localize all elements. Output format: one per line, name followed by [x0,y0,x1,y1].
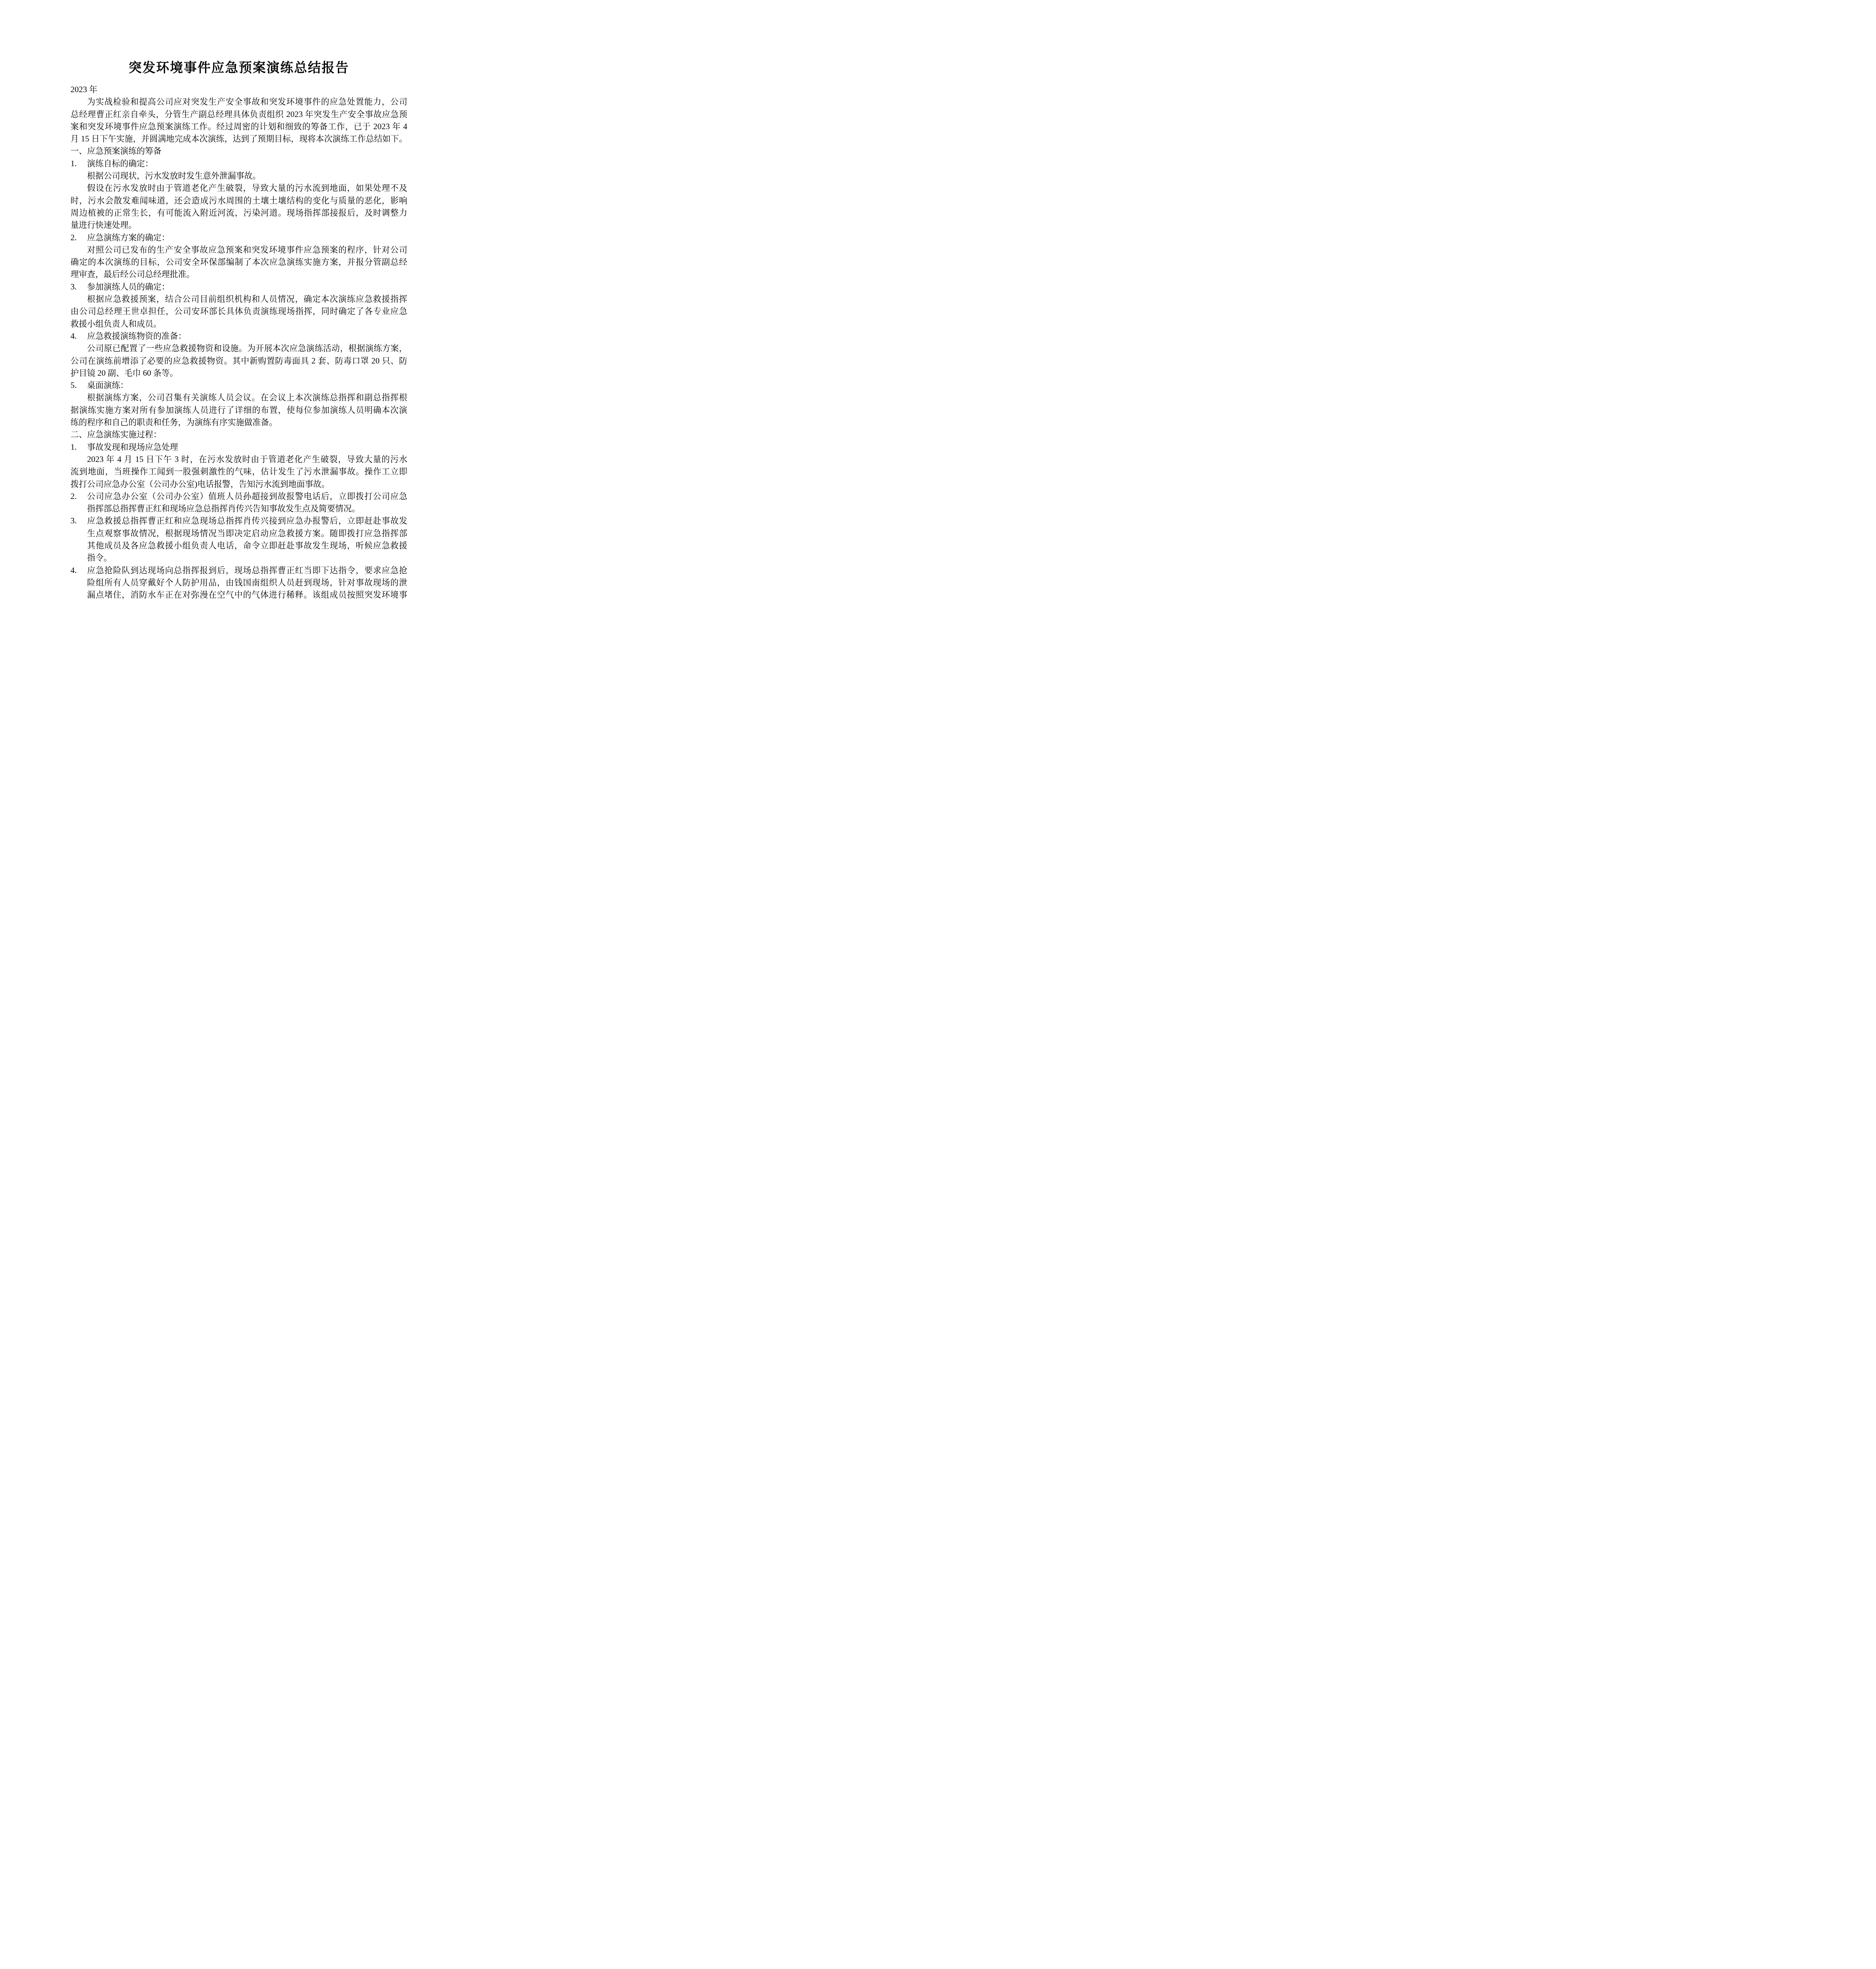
line-text: 量进行快速处理。 [71,220,137,230]
line-text: 应急救援总指挥曹正红和应急现场总指挥肖传兴接到应急办报警后，立即赶赴事故发 [87,516,407,525]
text-line: 确定的本次演练的目标，公司安全环保部编制了本次应急演练实施方案，并报分管副总经 [71,256,407,268]
line-text: 为实战检验和提高公司应对突发生产安全事故和突发环境事件的应急处置能力，公司 [87,97,407,106]
line-text: 根据公司现状，污水发放时发生意外泄漏事故。 [87,171,261,180]
line-text: 对照公司已发布的生产安全事故应急预案和突发环境事件应急预案的程序，针对公司 [87,245,407,254]
text-line: 根据演练方案，公司召集有关演练人员会议。在会议上本次演练总指挥和副总指挥根 [71,391,407,404]
line-text: 险组所有人员穿戴好个人防护用品，由钱国南组织人员赶到现场，针对事故现场的泄 [87,578,407,587]
line-text: 练的程序和自己的职责和任务，为演练有序实施做准备。 [71,417,277,427]
list-item-line: 5.桌面演练： [71,379,407,391]
line-text: 假设在污水发放时由于管道老化产生破裂，导致大量的污水流到地面，如果处理不及 [87,183,407,193]
line-text: 漏点堵住，消防水车正在对弥漫在空气中的气体进行稀释。该组成员按照突发环境事 [87,590,407,599]
text-line: 对照公司已发布的生产安全事故应急预案和突发环境事件应急预案的程序，针对公司 [71,244,407,256]
line-text: 应急演练方案的确定： [87,233,170,242]
line-text: 根据应急救援预案，结合公司目前组织机构和人员情况，确定本次演练应急救援指挥 [87,294,407,304]
line-text: 案和突发环境事件应急预案演练工作。经过周密的计划和细致的筹备工作，已于 2023… [71,122,407,131]
text-line: 练的程序和自己的职责和任务，为演练有序实施做准备。 [71,416,407,428]
list-marker: 1. [71,158,87,170]
text-line: 拨打公司应急办公室（公司办公室)电话报警，告知污水流到地面事故。 [71,478,407,490]
line-text: 指令。 [87,553,112,562]
list-marker: 2. [71,490,87,502]
list-marker: 4. [71,564,87,577]
text-line: 根据公司现状，污水发放时发生意外泄漏事故。 [71,170,407,182]
line-text: 应急救援演练物资的准备： [87,331,186,341]
line-text: 事故发现和现场应急处理 [87,442,178,452]
line-text: 公司原已配置了一些应急救援物资和设施。为开展本次应急演练活动，根据演练方案， [87,343,407,353]
list-item-line: 2.公司应急办公室（公司办公室）值班人员孙超接到故报警电话后，立即拨打公司应急 [71,490,407,502]
text-line: 一、应急预案演练的筹备 [71,145,407,157]
line-text: 总经理曹正红亲自牵头，分管生产副总经理具体负责组织 2023 年突发生产安全事故… [71,109,407,119]
line-text: 拨打公司应急办公室（公司办公室)电话报警，告知污水流到地面事故。 [71,479,330,489]
line-text: 由公司总经理王世卓担任，公司安环部长具体负责演练现场指挥，同时确定了各专业应急 [71,306,407,316]
text-line: 为实战检验和提高公司应对突发生产安全事故和突发环境事件的应急处置能力，公司 [71,96,407,108]
line-text: 理审查，最后经公司总经理批准。 [71,269,195,279]
document-body: 2023 年为实战检验和提高公司应对突发生产安全事故和突发环境事件的应急处置能力… [71,83,407,601]
line-text: 据演练实施方案对所有参加演练人员进行了详细的布置，使每位参加演练人员明确本次演 [71,405,407,415]
text-line: 护目镜 20 副、毛巾 60 条等。 [71,367,407,379]
document-content: 突发环境事件应急预案演练总结报告 2023 年为实战检验和提高公司应对突发生产安… [71,59,407,601]
text-line: 公司原已配置了一些应急救援物资和设施。为开展本次应急演练活动，根据演练方案， [71,342,407,354]
line-text: 一、应急预案演练的筹备 [71,146,161,156]
line-text: 护目镜 20 副、毛巾 60 条等。 [71,368,178,378]
text-line: 案和突发环境事件应急预案演练工作。经过周密的计划和细致的筹备工作，已于 2023… [71,121,407,133]
line-text: 确定的本次演练的目标，公司安全环保部编制了本次应急演练实施方案，并报分管副总经 [71,257,407,267]
line-text: 流到地面，当班操作工闻到一股强刺激性的气味，估计发生了污水泄漏事故。操作工立即 [71,467,407,476]
text-line: 流到地面，当班操作工闻到一股强刺激性的气味，估计发生了污水泄漏事故。操作工立即 [71,465,407,478]
line-text: 时，污水会散发难闻味道，还会造成污水周围的土壤土壤结构的变化与质量的恶化，影响 [71,196,407,205]
text-line: 2023 年 4 月 15 日下午 3 时，在污水发放时由于管道老化产生破裂，导… [71,453,407,465]
line-text: 周边植被的正常生长，有可能流入附近河流，污染河道。现场指挥部接报后，及时调整力 [71,208,407,217]
document-title: 突发环境事件应急预案演练总结报告 [71,59,407,77]
text-line: 周边植被的正常生长，有可能流入附近河流，污染河道。现场指挥部接报后，及时调整力 [71,207,407,219]
text-line: 漏点堵住，消防水车正在对弥漫在空气中的气体进行稀释。该组成员按照突发环境事 [71,589,407,601]
text-line: 险组所有人员穿戴好个人防护用品，由钱国南组织人员赶到现场，针对事故现场的泄 [71,577,407,589]
line-text: 2023 年 4 月 15 日下午 3 时，在污水发放时由于管道老化产生破裂，导… [87,454,407,464]
line-text: 其他成员及各应急救援小组负责人电话，命令立即赶赴事故发生现场，听候应急救援 [87,541,407,550]
list-marker: 2. [71,232,87,244]
list-item-line: 3.应急救援总指挥曹正红和应急现场总指挥肖传兴接到应急办报警后，立即赶赴事故发 [71,515,407,527]
list-item-line: 1.事故发现和现场应急处理 [71,441,407,453]
document-page: 突发环境事件应急预案演练总结报告 2023 年为实战检验和提高公司应对突发生产安… [0,0,469,663]
list-item-line: 4.应急救援演练物资的准备： [71,330,407,342]
line-text: 指挥部总指挥曹正红和现场应急总指挥肖传兴告知事故发生点及简要情况。 [87,504,360,513]
text-line: 指令。 [71,552,407,564]
text-line: 量进行快速处理。 [71,219,407,231]
list-marker: 5. [71,379,87,391]
text-line: 二、应急演练实施过程： [71,428,407,441]
text-line: 由公司总经理王世卓担任，公司安环部长具体负责演练现场指挥，同时确定了各专业应急 [71,305,407,317]
line-text: 桌面演练： [87,380,128,390]
line-text: 演练自标的确定： [87,159,153,168]
line-text: 月 15 日下午实施，并圆满地完成本次演练，达到了预期目标，现将本次演练工作总结… [71,134,407,143]
line-text: 生点观察事故情况，根据现场情况当即决定启动应急救援方案。随即拨打应急指挥部 [87,528,407,538]
line-text: 公司在演练前增添了必要的应急救援物资。其中新购置防毒面具 2 套、防毒口罩 20… [71,356,407,365]
text-line: 指挥部总指挥曹正红和现场应急总指挥肖传兴告知事故发生点及简要情况。 [71,502,407,515]
text-line: 其他成员及各应急救援小组负责人电话，命令立即赶赴事故发生现场，听候应急救援 [71,540,407,552]
text-line: 理审查，最后经公司总经理批准。 [71,268,407,280]
line-text: 公司应急办公室（公司办公室）值班人员孙超接到故报警电话后，立即拨打公司应急 [87,491,407,501]
line-text: 应急抢险队到达现场向总指挥报到后，现场总指挥曹正红当即下达指令，要求应急抢 [87,565,407,575]
text-line: 生点观察事故情况，根据现场情况当即决定启动应急救援方案。随即拨打应急指挥部 [71,527,407,540]
text-line: 总经理曹正红亲自牵头，分管生产副总经理具体负责组织 2023 年突发生产安全事故… [71,108,407,121]
text-line: 公司在演练前增添了必要的应急救援物资。其中新购置防毒面具 2 套、防毒口罩 20… [71,355,407,367]
line-text: 根据演练方案，公司召集有关演练人员会议。在会议上本次演练总指挥和副总指挥根 [87,393,407,402]
line-text: 二、应急演练实施过程： [71,430,161,439]
text-line: 根据应急救援预案，结合公司目前组织机构和人员情况，确定本次演练应急救援指挥 [71,293,407,305]
list-marker: 3. [71,281,87,293]
text-line: 2023 年 [71,83,407,96]
line-text: 参加演练人员的确定： [87,282,170,291]
list-marker: 1. [71,441,87,453]
line-text: 2023 年 [71,85,97,94]
list-item-line: 1.演练自标的确定： [71,158,407,170]
list-marker: 4. [71,330,87,342]
text-line: 月 15 日下午实施，并圆满地完成本次演练，达到了预期目标，现将本次演练工作总结… [71,133,407,145]
line-text: 救援小组负责人和成员。 [71,319,161,328]
list-item-line: 3.参加演练人员的确定： [71,281,407,293]
list-item-line: 4.应急抢险队到达现场向总指挥报到后，现场总指挥曹正红当即下达指令，要求应急抢 [71,564,407,577]
text-line: 假设在污水发放时由于管道老化产生破裂，导致大量的污水流到地面，如果处理不及 [71,182,407,194]
text-line: 时，污水会散发难闻味道，还会造成污水周围的土壤土壤结构的变化与质量的恶化，影响 [71,195,407,207]
list-marker: 3. [71,515,87,527]
list-item-line: 2.应急演练方案的确定： [71,232,407,244]
text-line: 救援小组负责人和成员。 [71,318,407,330]
text-line: 据演练实施方案对所有参加演练人员进行了详细的布置，使每位参加演练人员明确本次演 [71,404,407,416]
